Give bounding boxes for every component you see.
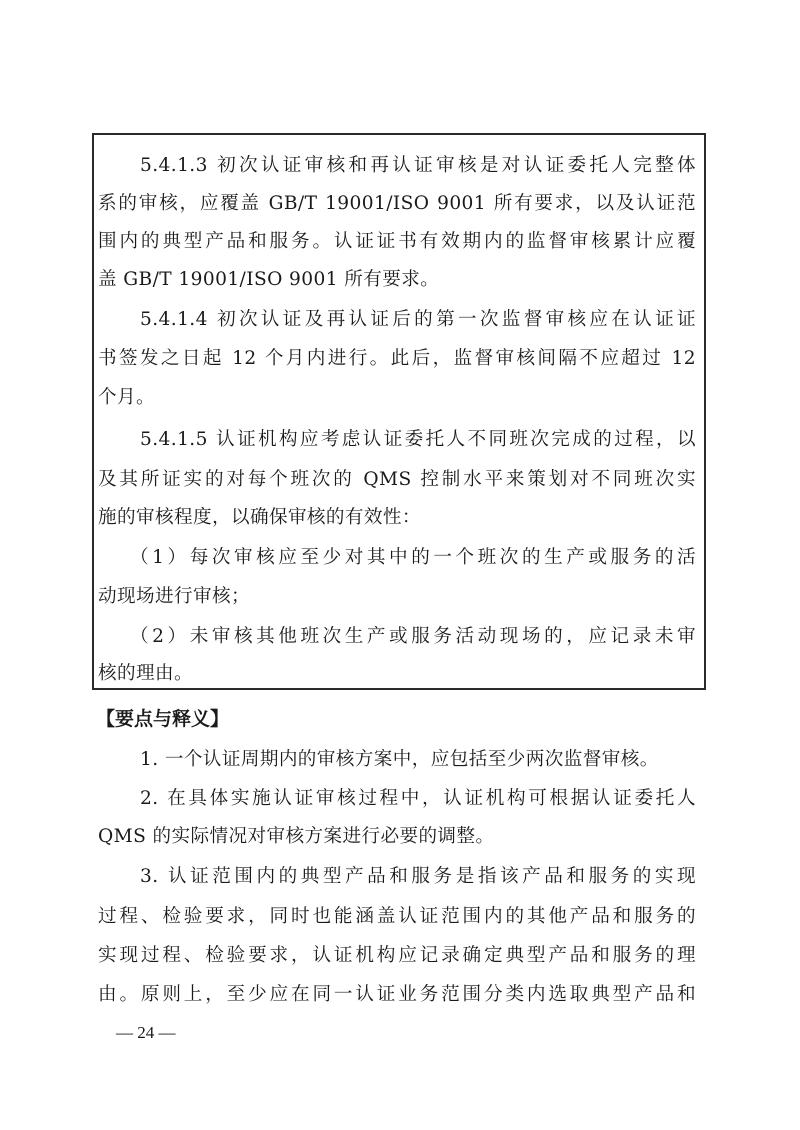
section-heading: 【要点与释义】 — [96, 708, 229, 730]
clause-5-4-1-3-line-3: 围内的典型产品和服务。认证证书有效期内的监督审核累计应覆 — [98, 232, 696, 252]
clause-5-4-1-3-line-1: 5.4.1.3 初次认证审核和再认证审核是对认证委托人完整体 — [140, 156, 696, 176]
item-2-line-1: （2）未审核其他班次生产或服务活动现场的，应记录未审 — [130, 627, 696, 647]
point-3-line-4: 由。原则上，至少应在同一认证业务范围分类内选取典型产品和 — [98, 985, 696, 1005]
clause-5-4-1-5-line-1: 5.4.1.5 认证机构应考虑认证委托人不同班次完成的过程，以 — [140, 430, 696, 450]
page-number: — 24 — — [116, 1023, 176, 1043]
clause-5-4-1-5-line-3: 施的审核程度，以确保审核的有效性： — [98, 508, 421, 528]
point-2-line-1: 2. 在具体实施认证审核过程中，认证机构可根据认证委托人 — [140, 789, 696, 809]
clause-5-4-1-3-line-4: 盖 GB/T 19001/ISO 9001 所有要求。 — [98, 270, 439, 290]
clause-5-4-1-3-line-2: 系的审核，应覆盖 GB/T 19001/ISO 9001 所有要求，以及认证范 — [98, 194, 696, 214]
point-3-line-3: 实现过程、检验要求，认证机构应记录确定典型产品和服务的理 — [98, 946, 696, 966]
item-2-line-2: 核的理由。 — [98, 664, 193, 684]
point-2-line-2: QMS 的实际情况对审核方案进行必要的调整。 — [98, 827, 494, 847]
point-3-line-2: 过程、检验要求，同时也能涵盖认证范围内的其他产品和服务的 — [98, 907, 696, 927]
clause-5-4-1-5-line-2: 及其所证实的对每个班次的 QMS 控制水平来策划对不同班次实 — [98, 470, 696, 490]
clause-5-4-1-4-line-3: 个月。 — [98, 388, 155, 408]
clause-5-4-1-4-line-1: 5.4.1.4 初次认证及再认证后的第一次监督审核应在认证证 — [140, 310, 696, 330]
clause-5-4-1-4-line-2: 书签发之日起 12 个月内进行。此后，监督审核间隔不应超过 12 — [98, 349, 696, 369]
item-1-line-2: 动现场进行审核； — [98, 587, 250, 607]
item-1-line-1: （1）每次审核应至少对其中的一个班次的生产或服务的活 — [130, 548, 696, 568]
point-1-line-1: 1. 一个认证周期内的审核方案中，应包括至少两次监督审核。 — [140, 750, 659, 770]
point-3-line-1: 3. 认证范围内的典型产品和服务是指该产品和服务的实现 — [140, 867, 696, 887]
